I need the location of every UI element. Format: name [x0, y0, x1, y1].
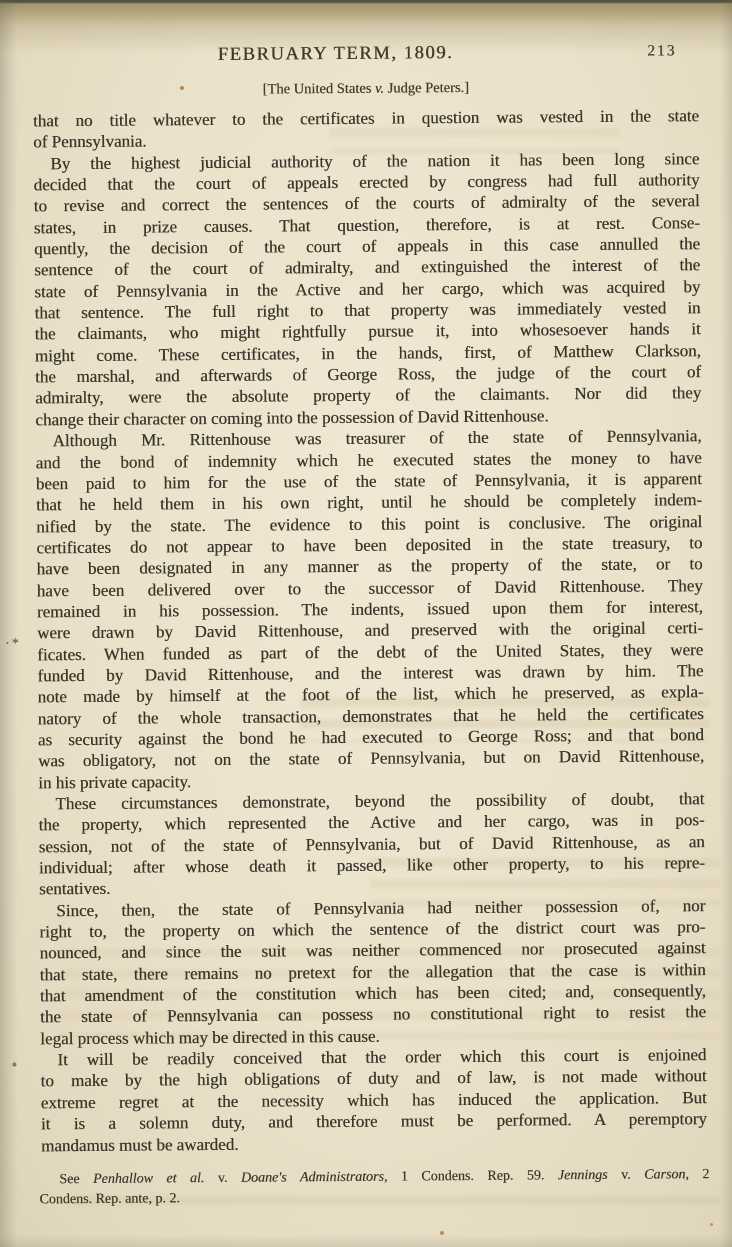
text-segment: , 2: [685, 1167, 709, 1182]
text-segment: Penhallow et al.: [93, 1171, 204, 1187]
page-number: 213: [647, 42, 676, 60]
body-text: that no title whatever to the certificat…: [33, 105, 707, 1156]
paragraph: These circumstances demonstrate, beyond …: [38, 788, 705, 900]
footnote: See Penhallow et al. v. Doane's Administ…: [39, 1165, 709, 1210]
page-content: FEBRUARY TERM, 1809. 213 [The United Sta…: [0, 0, 732, 1247]
footnote-line: Condens. Rep. ante, p. 2.: [39, 1185, 709, 1210]
margin-dot: [12, 1063, 16, 1067]
case-caption-text: [The United States v. Judge Peters.]: [263, 80, 469, 98]
paragraph: Since, then, the state of Pennsylvania h…: [39, 895, 706, 1050]
text-segment: Doane's Administrators: [241, 1170, 384, 1186]
margin-asterisk: ·*: [5, 636, 21, 652]
text-segment: [The United States: [263, 81, 375, 98]
text-segment: Judge Peters.]: [384, 80, 469, 97]
paragraph: By the highest judicial authority of the…: [33, 148, 701, 431]
paragraph: It will be readily conceived that the or…: [40, 1044, 707, 1156]
text-segment: Carson: [644, 1167, 685, 1182]
text-segment: See: [59, 1172, 93, 1187]
text-segment: v.: [608, 1168, 645, 1183]
paragraph: that no title whatever to the certificat…: [33, 105, 699, 153]
running-head: FEBRUARY TERM, 1809. 213: [32, 41, 698, 68]
text-segment: v.: [375, 81, 384, 97]
paragraph: Although Mr. Rittenhouse was treasurer o…: [35, 425, 704, 793]
term-title: FEBRUARY TERM, 1809.: [32, 42, 638, 68]
text-segment: Jennings: [558, 1168, 608, 1183]
text-segment: v.: [204, 1171, 241, 1186]
scanned-page: FEBRUARY TERM, 1809. 213 [The United Sta…: [0, 0, 732, 1247]
text-segment: , 1 Condens. Rep. 59.: [384, 1168, 558, 1184]
text-line: mandamus must be awarded.: [41, 1130, 707, 1157]
case-caption: [The United States v. Judge Peters.]: [33, 78, 699, 100]
text-segment: Condens. Rep. ante, p. 2.: [39, 1191, 179, 1207]
